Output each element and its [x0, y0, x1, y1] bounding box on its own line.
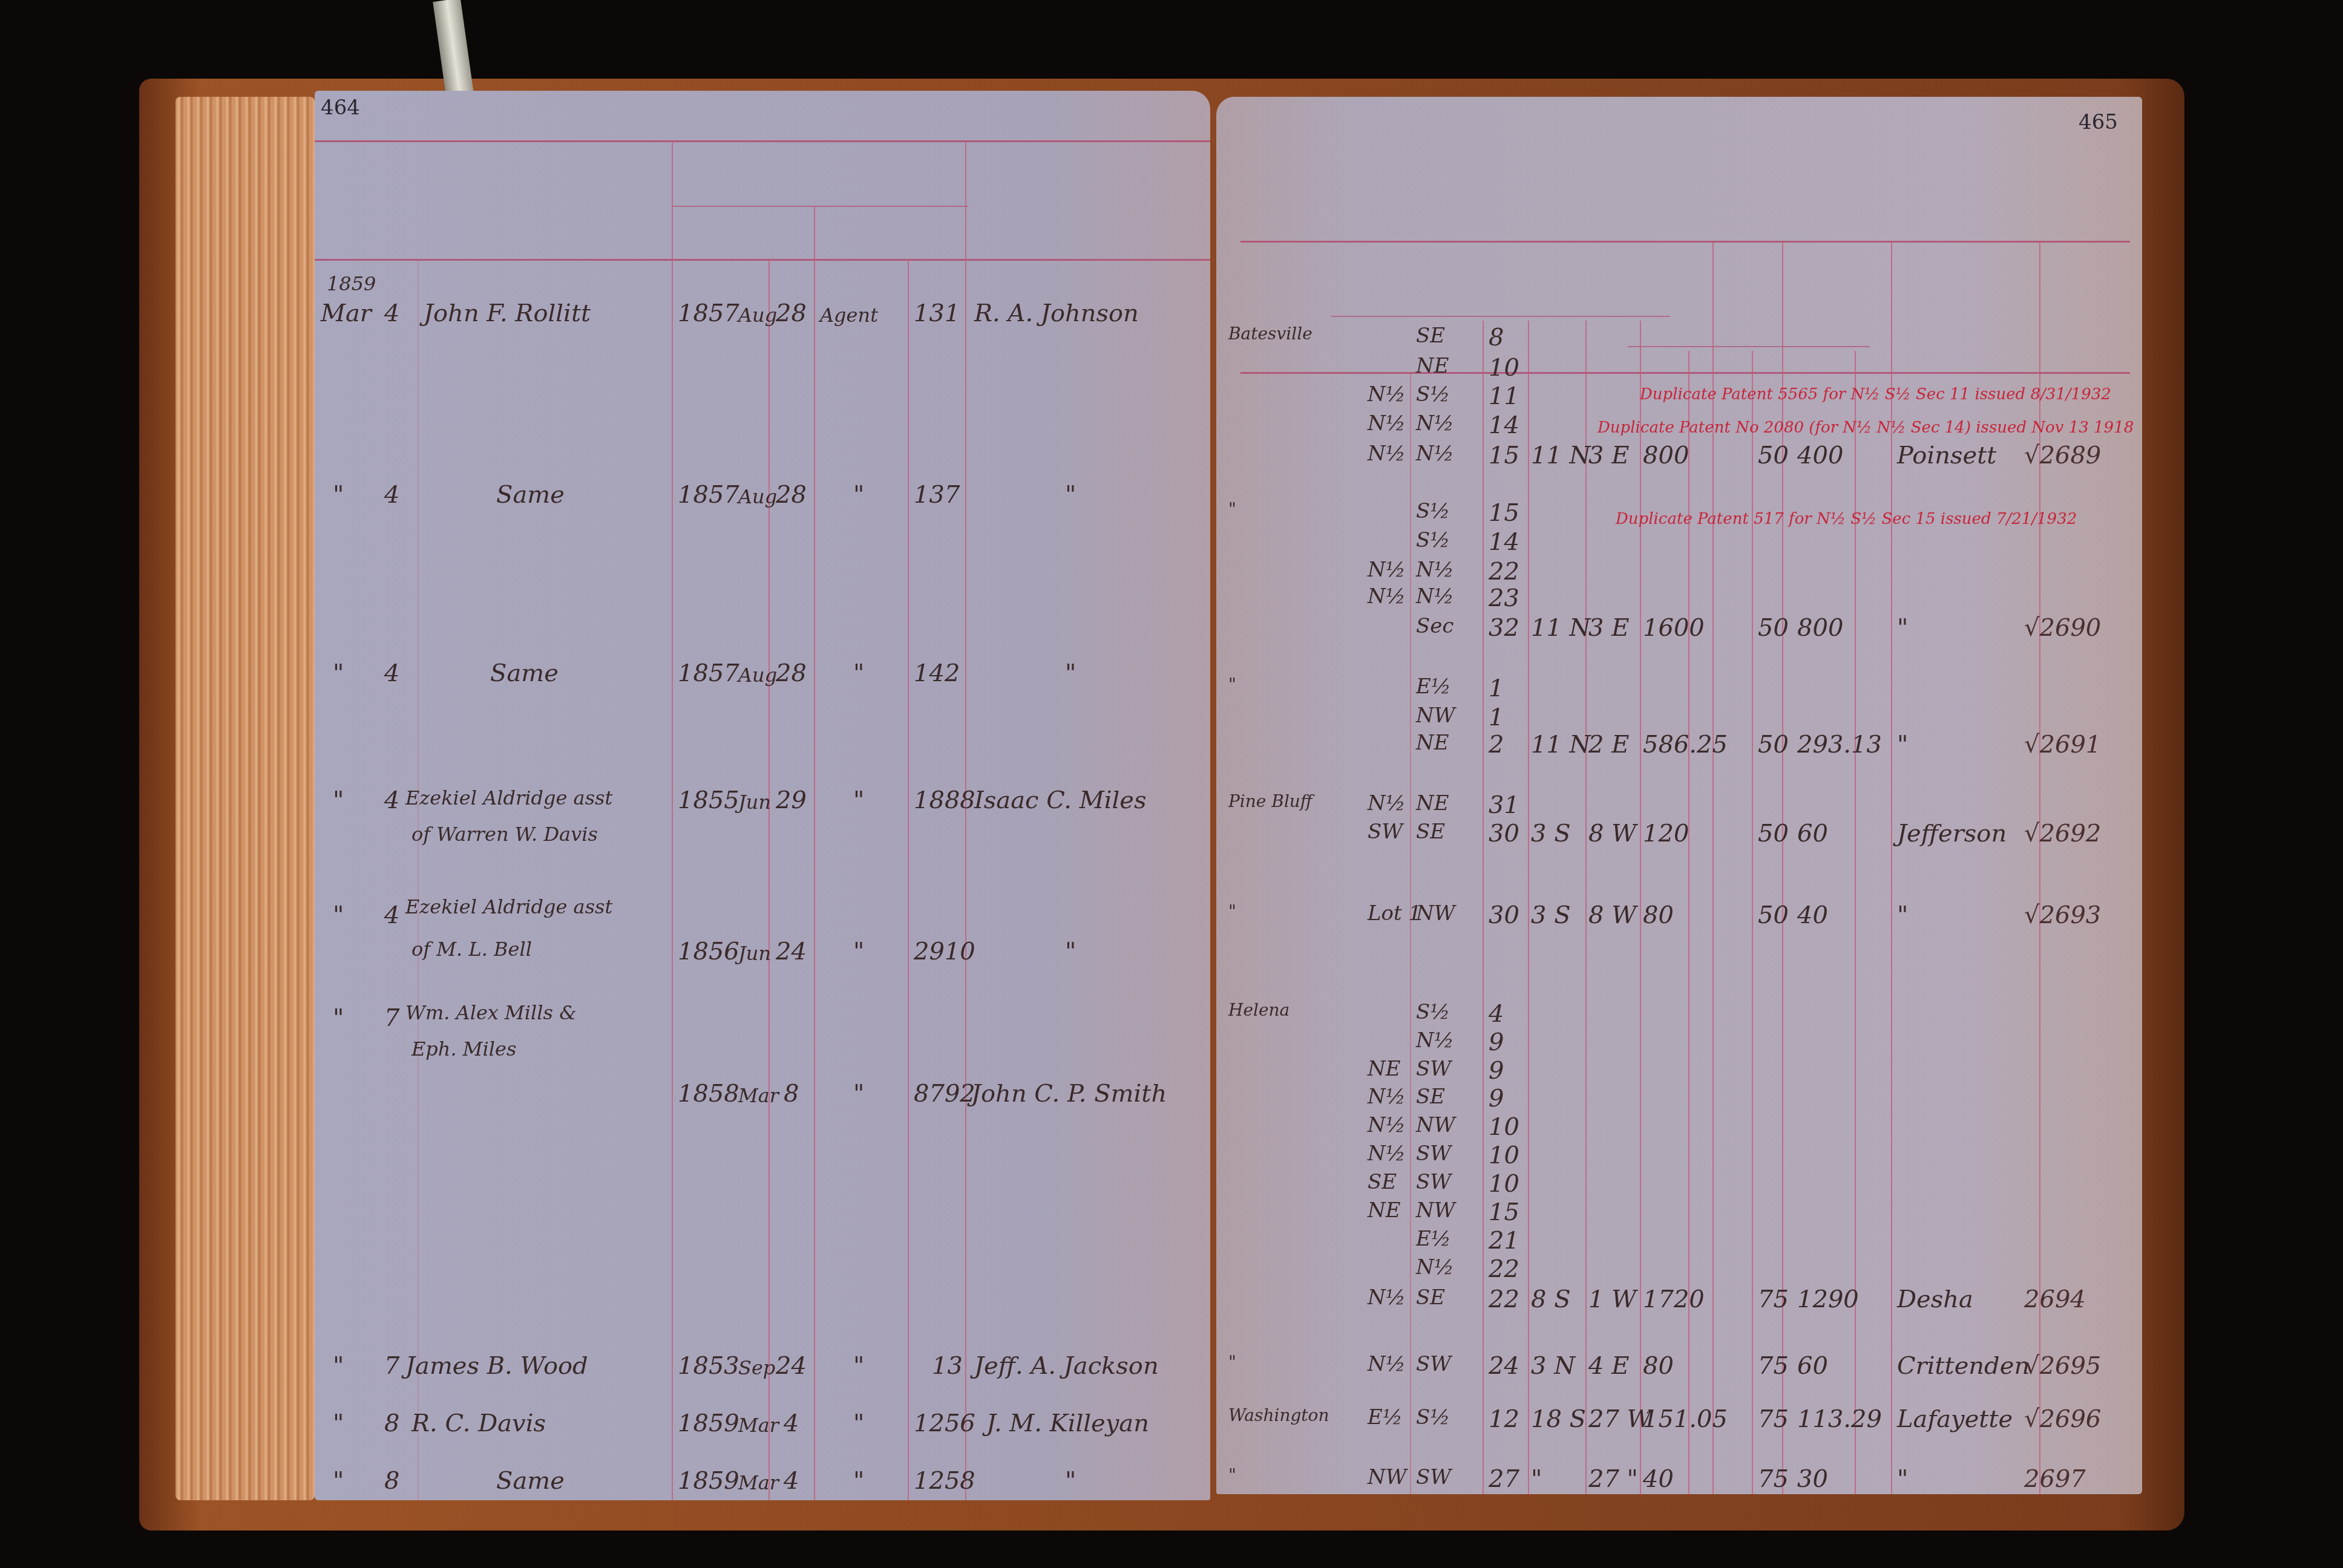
section-number: 15	[1489, 442, 1519, 469]
section-number: 1	[1489, 675, 1504, 702]
acreage: 80	[1643, 1352, 1674, 1380]
rate-cents: 75	[1758, 1352, 1789, 1380]
rate-cents: 50	[1758, 731, 1789, 759]
warrant-day: 29	[776, 786, 807, 814]
col-divider	[672, 140, 673, 1500]
township: 18 S	[1531, 1405, 1586, 1433]
warrant-month: Jun	[738, 791, 771, 814]
warrant-day: 24	[776, 938, 807, 965]
quarter-part: S½	[1416, 382, 1450, 407]
subdivision-part: N½	[1368, 584, 1406, 609]
office-name: Pine Bluff	[1228, 791, 1312, 811]
col-divider	[1528, 321, 1529, 1494]
quarter-part: S½	[1416, 499, 1450, 523]
warrant-act: "	[853, 1080, 864, 1108]
office-name: "	[1228, 901, 1236, 921]
warrant-number: 13	[932, 1352, 963, 1380]
section-number: 12	[1489, 1405, 1519, 1433]
warrant-number: 1888	[914, 786, 975, 814]
acreage: 120	[1643, 820, 1689, 848]
entry-name: Same	[496, 1467, 565, 1495]
section-number: 27	[1489, 1465, 1519, 1493]
quarter-part: S½	[1416, 1405, 1450, 1429]
section-number: 14	[1489, 528, 1519, 556]
warrant-year: 1857	[678, 659, 739, 687]
township: 3 S	[1531, 820, 1571, 848]
certificate-number: √2691	[2024, 731, 2101, 759]
quarter-part: SW	[1416, 1142, 1451, 1166]
assignor: John C. P. Smith	[971, 1080, 1167, 1108]
warrant-day: 4	[784, 1467, 799, 1495]
range: 8 W	[1588, 901, 1636, 929]
quarter-part: NW	[1416, 901, 1455, 926]
section-number: 10	[1489, 1113, 1519, 1141]
col-divider	[1585, 321, 1587, 1494]
office-name: Batesville	[1228, 324, 1312, 344]
col-divider	[1640, 321, 1641, 1494]
quarter-part: N½	[1416, 411, 1454, 436]
certificate-number: √2690	[2024, 614, 2101, 642]
section-number: 9	[1489, 1057, 1504, 1085]
warrant-act: "	[853, 1410, 864, 1437]
warrant-year: 1853	[678, 1352, 739, 1380]
warrant-day: 4	[784, 1410, 799, 1437]
subdivision-part: N½	[1368, 558, 1406, 582]
range: 27 "	[1588, 1465, 1638, 1493]
warrant-year: 1858	[678, 1080, 739, 1108]
section-number: 10	[1489, 354, 1519, 382]
rate-cents: 50	[1758, 901, 1789, 929]
col-divider	[1410, 372, 1411, 1494]
certificate-number: 2694	[2024, 1285, 2086, 1313]
quarter-part: SE	[1416, 1085, 1445, 1109]
annotation-duplicate-patent: Duplicate Patent 5565 for N½ S½ Sec 11 i…	[1640, 385, 2111, 403]
county-name: Crittenden	[1897, 1352, 2030, 1380]
acreage: 586.25	[1643, 731, 1728, 759]
assignor: Jeff. A. Jackson	[974, 1352, 1159, 1380]
entry-month: "	[333, 1467, 344, 1495]
subdivision-part: N½	[1368, 411, 1406, 436]
county-name: "	[1897, 1465, 1908, 1493]
entry-day: 4	[384, 481, 399, 509]
quarter-part: SE	[1416, 324, 1445, 348]
entry-name: John F. Rollitt	[424, 299, 591, 327]
office-name: "	[1228, 1352, 1236, 1372]
range: 1 W	[1588, 1285, 1636, 1313]
warrant-day: 8	[784, 1080, 799, 1108]
entry-day: 4	[384, 786, 399, 814]
rate-cents: 50	[1758, 614, 1789, 642]
warrant-act: "	[853, 1352, 864, 1380]
assignor: "	[1065, 481, 1076, 509]
certificate-number: √2689	[2024, 442, 2101, 469]
warrant-month: Aug	[738, 304, 777, 327]
section-number: 9	[1489, 1028, 1504, 1056]
annotation-duplicate-patent: Duplicate Patent 517 for N½ S½ Sec 15 is…	[1616, 510, 2077, 528]
county-name: "	[1897, 731, 1908, 759]
entry-month: "	[333, 659, 344, 687]
amount-paid: 400	[1797, 442, 1843, 469]
amount-paid: 60	[1797, 820, 1828, 848]
subdivision-part: N½	[1368, 442, 1406, 466]
subdivision-part: NE	[1368, 1057, 1401, 1081]
header-sub-rule	[1628, 346, 1870, 347]
section-number: 31	[1489, 791, 1519, 819]
range: 3 E	[1588, 614, 1629, 642]
entry-name: James B. Wood	[405, 1352, 588, 1380]
office-name: Helena	[1228, 1000, 1289, 1020]
quarter-part: N½	[1416, 442, 1454, 466]
warrant-number: 137	[914, 481, 960, 509]
subdivision-part: SW	[1368, 820, 1403, 844]
entry-day: 4	[384, 659, 399, 687]
warrant-month: Sep	[738, 1356, 775, 1379]
quarter-part: Sec	[1416, 614, 1453, 638]
assignor: "	[1065, 659, 1076, 687]
warrant-day: 28	[776, 481, 807, 509]
township: "	[1531, 1465, 1542, 1493]
subdivision-part: NW	[1368, 1465, 1407, 1489]
assignor: "	[1065, 1467, 1076, 1495]
warrant-number: 1258	[914, 1467, 975, 1495]
entry-name: Ezekiel Aldridge asst	[405, 895, 612, 918]
county-name: "	[1897, 614, 1908, 642]
range: 8 W	[1588, 820, 1636, 848]
rate-cents: 50	[1758, 820, 1789, 848]
acreage: 40	[1643, 1465, 1674, 1493]
warrant-year: 1856	[678, 938, 739, 965]
warrant-act: "	[853, 481, 864, 509]
warrant-month: Aug	[738, 664, 777, 687]
warrant-month: Mar	[738, 1471, 779, 1494]
entry-name: Same	[490, 659, 559, 687]
col-divider	[908, 259, 909, 1500]
assignor: R. A. Johnson	[974, 299, 1139, 327]
entry-name-line2: of M. L. Bell	[411, 938, 532, 961]
header-mid-rule	[1331, 316, 1670, 317]
warrant-month: Mar	[738, 1414, 779, 1437]
quarter-part: S½	[1416, 1000, 1450, 1024]
quarter-part: SW	[1416, 1170, 1451, 1194]
warrant-number: 1256	[914, 1410, 975, 1437]
township: 3 N	[1531, 1352, 1575, 1380]
quarter-part: NE	[1416, 354, 1449, 378]
section-number: 24	[1489, 1352, 1519, 1380]
rate-cents: 75	[1758, 1465, 1789, 1493]
year-heading: 1859	[327, 272, 376, 295]
rate-cents: 50	[1758, 442, 1789, 469]
amount-paid: 1290	[1797, 1285, 1859, 1313]
entry-name: Same	[496, 481, 565, 509]
office-name: "	[1228, 1465, 1236, 1485]
entry-day: 7	[384, 1352, 399, 1380]
col-divider	[768, 259, 770, 1500]
section-number: 15	[1489, 1198, 1519, 1226]
office-name: "	[1228, 675, 1236, 694]
certificate-number: √2695	[2024, 1352, 2101, 1380]
section-number: 2	[1489, 731, 1504, 759]
warrant-act: "	[853, 1467, 864, 1495]
subdivision-part: N½	[1368, 1113, 1406, 1137]
quarter-part: E½	[1416, 1227, 1451, 1251]
amount-paid: 60	[1797, 1352, 1828, 1380]
acreage: 1720	[1643, 1285, 1705, 1313]
subdivision-part: Lot 1	[1368, 901, 1421, 926]
entry-day: 8	[384, 1410, 399, 1437]
header-bottom-rule	[315, 259, 1210, 261]
subdivision-part: E½	[1368, 1405, 1403, 1429]
county-name: "	[1897, 901, 1908, 929]
certificate-number: √2693	[2024, 901, 2101, 929]
warrant-day: 28	[776, 299, 807, 327]
quarter-part: S½	[1416, 528, 1450, 552]
entry-day: 4	[384, 299, 399, 327]
amount-paid: 113.29	[1797, 1405, 1882, 1433]
quarter-part: SW	[1416, 1465, 1451, 1489]
amount-paid: 40	[1797, 901, 1828, 929]
warrant-act: Agent	[820, 304, 878, 327]
assignor: J. M. Killeyan	[986, 1410, 1149, 1437]
annotation-duplicate-patent: Duplicate Patent No 2080 (for N½ N½ Sec …	[1597, 419, 2134, 437]
header-mid-rule	[672, 206, 968, 207]
section-number: 9	[1489, 1085, 1504, 1112]
right-page: 465 BatesvilleSE8NE10N½S½11N½N½14N½N½151…	[1216, 97, 2142, 1494]
entry-month: Mar	[321, 299, 372, 327]
assignor: Isaac C. Miles	[974, 786, 1147, 814]
right-page-number: 465	[2079, 110, 2118, 134]
entry-month: "	[333, 1410, 344, 1437]
entry-name-line2: Eph. Miles	[411, 1037, 516, 1060]
office-name: "	[1228, 499, 1236, 519]
subdivision-part: N½	[1368, 382, 1406, 407]
entry-name: Ezekiel Aldridge asst	[405, 786, 612, 809]
subdivision-part: N½	[1368, 1285, 1406, 1310]
section-number: 14	[1489, 411, 1519, 439]
rate-cents: 75	[1758, 1405, 1789, 1433]
certificate-number: √2696	[2024, 1405, 2101, 1433]
quarter-part: NW	[1416, 1113, 1455, 1137]
warrant-month: Aug	[738, 485, 777, 508]
subdivision-part: N½	[1368, 791, 1406, 815]
warrant-year: 1857	[678, 481, 739, 509]
township: 8 S	[1531, 1285, 1571, 1313]
col-divider	[814, 206, 815, 1500]
section-number: 10	[1489, 1170, 1519, 1198]
acreage: 151.05	[1643, 1405, 1728, 1433]
amount-paid: 30	[1797, 1465, 1828, 1493]
warrant-act: "	[853, 659, 864, 687]
range: 3 E	[1588, 442, 1629, 469]
county-name: Poinsett	[1897, 442, 1996, 469]
section-number: 30	[1489, 820, 1519, 848]
subdivision-part: N½	[1368, 1085, 1406, 1109]
warrant-number: 8792	[914, 1080, 975, 1108]
acreage: 1600	[1643, 614, 1705, 642]
entry-name: R. C. Davis	[411, 1410, 546, 1437]
warrant-year: 1857	[678, 299, 739, 327]
township: 3 S	[1531, 901, 1571, 929]
warrant-month: Jun	[738, 942, 771, 965]
quarter-part: NW	[1416, 704, 1455, 728]
entry-month: "	[333, 901, 344, 929]
col-divider	[965, 140, 966, 1500]
subdivision-part: SE	[1368, 1170, 1397, 1194]
range: 4 E	[1588, 1352, 1629, 1380]
header-top-rule	[315, 140, 1210, 142]
subdivision-part: N½	[1368, 1352, 1406, 1376]
warrant-number: 131	[914, 299, 960, 327]
assignor: "	[1065, 938, 1076, 965]
entry-month: "	[333, 1004, 344, 1032]
section-number: 15	[1489, 499, 1519, 527]
office-name: Washington	[1228, 1405, 1329, 1425]
warrant-number: 142	[914, 659, 960, 687]
subdivision-part: NE	[1368, 1198, 1401, 1223]
warrant-day: 24	[776, 1352, 807, 1380]
section-number: 22	[1489, 558, 1519, 586]
entry-day: 4	[384, 901, 399, 929]
header-top-rule	[1240, 241, 2130, 243]
quarter-part: N½	[1416, 558, 1454, 582]
rate-cents: 75	[1758, 1285, 1789, 1313]
subdivision-part: N½	[1368, 1142, 1406, 1166]
warrant-year: 1855	[678, 786, 739, 814]
section-number: 22	[1489, 1255, 1519, 1283]
header-bottom-rule	[1240, 372, 2130, 374]
warrant-act: "	[853, 938, 864, 965]
quarter-part: N½	[1416, 584, 1454, 609]
township: 11 N	[1531, 442, 1591, 469]
section-number: 21	[1489, 1227, 1519, 1255]
warrant-number: 2910	[914, 938, 975, 965]
entry-month: "	[333, 786, 344, 814]
entry-name-line2: of Warren W. Davis	[411, 823, 598, 846]
quarter-part: SE	[1416, 1285, 1445, 1310]
section-number: 4	[1489, 1000, 1504, 1028]
acreage: 80	[1643, 901, 1674, 929]
county-name: Desha	[1897, 1285, 1973, 1313]
margin-line	[418, 259, 419, 1500]
certificate-number: 2697	[2024, 1465, 2086, 1493]
county-name: Jefferson	[1897, 820, 2007, 848]
warrant-year: 1859	[678, 1410, 739, 1437]
section-number: 23	[1489, 584, 1519, 612]
entry-day: 8	[384, 1467, 399, 1495]
entry-month: "	[333, 1352, 344, 1380]
amount-paid: 293.13	[1797, 731, 1882, 759]
section-number: 1	[1489, 704, 1504, 731]
township: 11 N	[1531, 614, 1591, 642]
section-number: 30	[1489, 901, 1519, 929]
range: 2 E	[1588, 731, 1629, 759]
quarter-part: NE	[1416, 731, 1449, 755]
township: 11 N	[1531, 731, 1591, 759]
entry-month: "	[333, 481, 344, 509]
section-number: 8	[1489, 324, 1504, 351]
quarter-part: N½	[1416, 1255, 1454, 1279]
entry-name: Wm. Alex Mills &	[405, 1001, 577, 1024]
warrant-day: 28	[776, 659, 807, 687]
left-page-number: 464	[321, 96, 360, 120]
quarter-part: NW	[1416, 1198, 1455, 1223]
quarter-part: SW	[1416, 1352, 1451, 1376]
entry-day: 7	[384, 1004, 399, 1032]
section-number: 11	[1489, 382, 1519, 410]
warrant-act: "	[853, 786, 864, 814]
county-name: Lafayette	[1897, 1405, 2013, 1433]
quarter-part: SE	[1416, 820, 1445, 844]
warrant-year: 1859	[678, 1467, 739, 1495]
amount-paid: 800	[1797, 614, 1843, 642]
certificate-number: √2692	[2024, 820, 2101, 848]
quarter-part: N½	[1416, 1028, 1454, 1053]
section-number: 10	[1489, 1142, 1519, 1169]
quarter-part: SW	[1416, 1057, 1451, 1081]
page-edges	[175, 97, 315, 1500]
quarter-part: E½	[1416, 675, 1451, 699]
section-number: 32	[1489, 614, 1519, 642]
col-divider	[1483, 321, 1484, 1494]
acreage: 800	[1643, 442, 1689, 469]
quarter-part: NE	[1416, 791, 1449, 815]
section-number: 22	[1489, 1285, 1519, 1313]
left-page: 464 1859 Mar 4 John F. Rollitt 1857 Aug …	[315, 91, 1210, 1500]
warrant-month: Mar	[738, 1084, 779, 1107]
